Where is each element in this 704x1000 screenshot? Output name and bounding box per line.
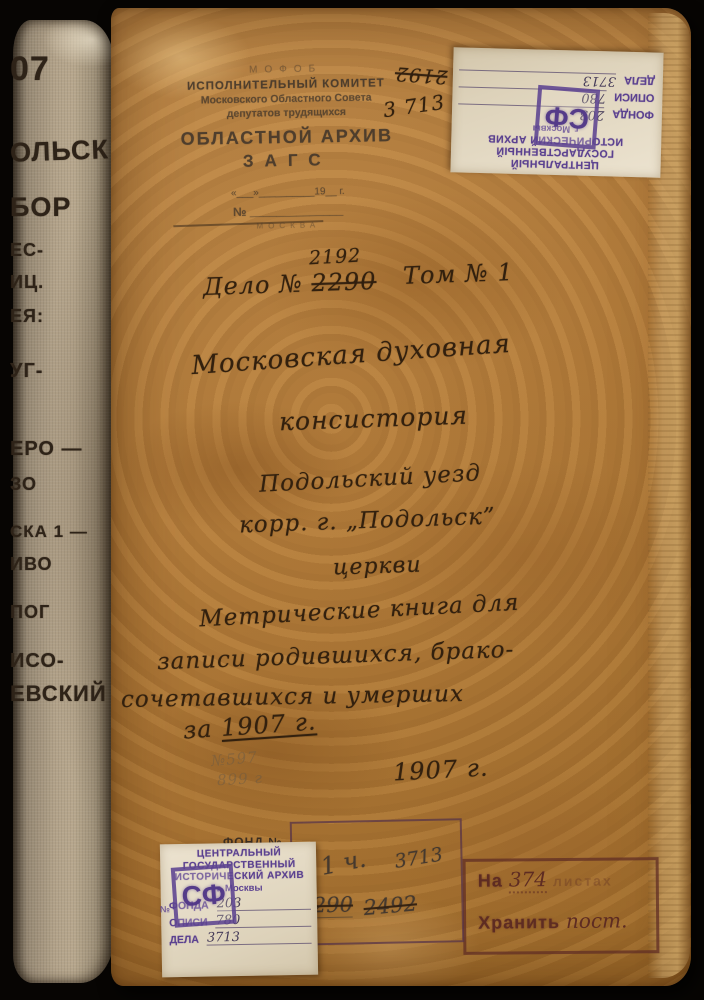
book-spine: 07 ОЛЬСК БОР ЕС- ИЦ. ЕЯ: УГ- ЕРО — ЗО СК… xyxy=(13,20,114,983)
spine-text-fragment: ИЦ. xyxy=(10,272,44,293)
title-line-korr: корр. г. „Подольск” xyxy=(239,504,496,539)
stamp-number-line: № ______________ xyxy=(167,202,409,220)
handwritten-number: 3713 xyxy=(393,843,444,872)
stamp-line: депутатов трудящихся xyxy=(165,105,407,121)
sf-overlay-stamp: СФ xyxy=(171,864,237,928)
stamp-line: ОБЛАСТНОЙ АРХИВ xyxy=(166,125,408,150)
spine-text-fragment: УГ- xyxy=(10,360,43,383)
spine-text-fragment: БОР xyxy=(10,192,71,223)
crossed-out-number: 2492 xyxy=(363,891,418,920)
stamp-line: ЗАГС xyxy=(166,149,408,173)
pencil-number: 899 г xyxy=(217,769,264,789)
spine-text-fragment: ИВО xyxy=(10,554,53,575)
zags-archive-stamp: МОФОБ ИСПОЛНИТЕЛЬНЫЙ КОМИТЕТ Московского… xyxy=(165,62,410,232)
title-line-churches: церкви xyxy=(333,552,422,580)
opis-label: ОПИСИ xyxy=(614,90,655,103)
spine-text-fragment: ИСО- xyxy=(10,650,65,673)
title-line-metric1: Метрические книга для xyxy=(199,590,520,633)
new-case-number: 2192 xyxy=(308,245,361,270)
spine-text-fragment: ЕС- xyxy=(10,240,44,261)
sheet-count: 374 xyxy=(509,867,547,893)
fond-label: ФОНДА xyxy=(612,107,654,120)
crossed-out-number: 2192 xyxy=(394,62,448,88)
year-prefix: за xyxy=(182,715,213,745)
book-cover-photo: 07 ОЛЬСК БОР ЕС- ИЦ. ЕЯ: УГ- ЕРО — ЗО СК… xyxy=(0,0,704,1000)
title-line-metric2: записи родившихся, брако- xyxy=(157,637,515,675)
sf-overlay-stamp: СФ xyxy=(534,85,601,150)
spine-text-fragment: ЕВСКИЙ xyxy=(10,681,107,707)
year-line: за 1907 г. xyxy=(182,707,317,744)
label-no-mark: № xyxy=(160,904,170,914)
archive-label-top: ЦЕНТРАЛЬНЫЙ ГОСУДАРСТВЕННЫЙ ИСТОРИЧЕСКИЙ… xyxy=(450,47,663,177)
keep-term: пост. xyxy=(566,908,628,933)
title-line-consistory1: Московская духовная xyxy=(190,329,511,381)
pencil-number: №597 xyxy=(210,748,258,770)
year-repeat: 1907 г. xyxy=(392,754,489,787)
stamp-date-line: «___»__________19__ г. xyxy=(167,185,409,200)
title-line-uezd: Подольский уезд xyxy=(258,460,481,498)
delo-label: ДЕЛА xyxy=(169,933,199,946)
spine-text-fragment: ЕЯ: xyxy=(10,306,44,327)
spine-text-fragment: ОЛЬСК xyxy=(9,134,109,168)
stamp-city: МОСКВА xyxy=(167,219,409,232)
sheets-prefix: На xyxy=(478,871,503,892)
stamp-org-abbrev: МОФОБ xyxy=(165,62,407,77)
volume-number: Том № 1 xyxy=(403,258,515,290)
part-number: 1 ч. xyxy=(318,845,368,881)
spine-text-fragment: ПОГ xyxy=(10,602,50,623)
delo-value: 3713 xyxy=(207,929,312,945)
storage-stamp-box: На 374 листах Хранить пост. xyxy=(463,857,660,955)
sheets-word: листах xyxy=(553,873,613,890)
case-number-line: Дело № 2290 xyxy=(203,267,377,301)
book-front-cover: МОФОБ ИСПОЛНИТЕЛЬНЫЙ КОМИТЕТ Московского… xyxy=(111,8,691,986)
case-prefix: Дело № xyxy=(203,270,304,301)
old-case-number: 2290 xyxy=(311,267,377,297)
title-line-consistory2: консистория xyxy=(279,401,469,437)
delo-label: ДЕЛА xyxy=(624,74,655,87)
spine-text-fragment: ЗО xyxy=(10,474,37,495)
spine-text-fragment: ЕРО — xyxy=(10,438,83,461)
spine-text-fragment: 07 xyxy=(10,50,50,89)
archive-label-bottom: ЦЕНТРАЛЬНЫЙ ГОСУДАРСТВЕННЫЙ ИСТОРИЧЕСКИЙ… xyxy=(160,842,318,978)
year-value: 1907 г. xyxy=(220,707,317,742)
spine-text-fragment: СКА 1 — xyxy=(10,522,88,542)
keep-label: Хранить xyxy=(478,912,560,934)
